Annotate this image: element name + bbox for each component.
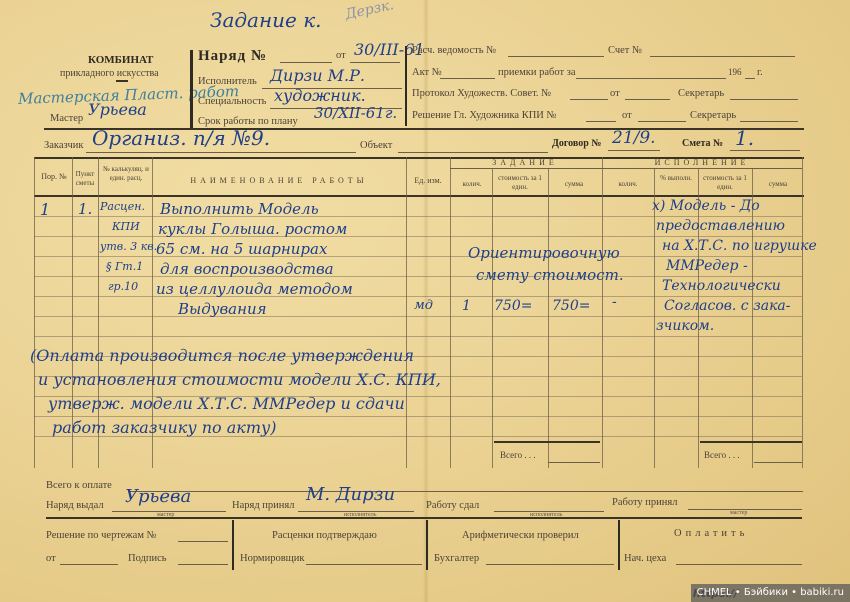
handwritten-line: куклы Голыша. ростом — [158, 220, 347, 238]
col-item: Пункт сметы — [74, 170, 96, 188]
decision-from: от — [622, 110, 632, 121]
handwritten-line: Выполнить Модель — [160, 200, 319, 218]
org-name: КОМБИНАТ — [88, 54, 153, 66]
handwritten-line: предоставлению — [656, 218, 785, 234]
pay-label: Оплатить — [674, 528, 748, 539]
accepted-value: М. Дирзи — [306, 484, 395, 505]
col-exec-qty: колич. — [602, 180, 654, 189]
drawings-sign-label: Подпись — [128, 553, 167, 564]
row-task-sum: 750= — [552, 298, 590, 314]
drawings-label: Решение по чертежам № — [46, 530, 157, 541]
order-document: Задание к. Дерзк. КОМБИНАТ прикладного и… — [0, 0, 850, 602]
master-value: Урьева — [88, 100, 147, 119]
row-item: 1. — [78, 200, 92, 218]
handwritten-line: ММРедер - — [666, 258, 748, 274]
order-label: Наряд № — [198, 48, 267, 65]
col-calc: № калькуляц. и един. расц. — [100, 165, 152, 183]
protocol-label: Протокол Художеств. Совет. № — [412, 88, 551, 99]
contract-value: 21/9. — [612, 128, 656, 148]
estimate-label: Смета № — [682, 138, 723, 149]
col-exec-price: стоимость за 1 един. — [698, 174, 752, 192]
master-label: Мастер — [50, 113, 83, 124]
handwritten-line: Ориентировочную — [468, 244, 620, 262]
handwritten-line: смету стоимост. — [476, 266, 624, 284]
col-task-qty: колич. — [452, 180, 492, 189]
handwritten-line: Выдувания — [178, 300, 267, 318]
handed-label: Работу сдал — [426, 500, 479, 511]
top-note: Задание к. — [210, 8, 322, 32]
row-unit: мд — [414, 298, 433, 313]
handwritten-line: Технологически — [662, 278, 781, 294]
handwritten-line: утверж. модели Х.Т.С. ММРедер и сдачи — [48, 394, 405, 413]
watermark-credit: CHMEL • Бэйбики • babiki.ru — [691, 584, 850, 602]
col-unit: Ед. изм. — [408, 176, 448, 185]
row-num: 1 — [40, 200, 50, 219]
drawings-from: от — [46, 553, 56, 564]
accepted-label: Наряд принял — [232, 500, 294, 511]
normer-label: Нормировщик — [240, 553, 304, 564]
handwritten-line: x) Модель - До — [652, 198, 760, 214]
rates-label: Расценки подтверждаю — [272, 530, 377, 541]
decision-label: Решение Гл. Художника КПИ № — [412, 110, 557, 121]
customer-value: Организ. п/я №9. — [92, 126, 270, 150]
col-exec-sum: сумма — [754, 180, 802, 189]
invoice-label: Счет № — [608, 45, 642, 56]
top-note-faint: Дерзк. — [344, 0, 395, 23]
handwritten-line: 65 см. на 5 шарнирах — [156, 240, 327, 258]
executor-label: Исполнитель — [198, 76, 257, 87]
org-dash — [116, 80, 128, 82]
row-task-price: 750= — [494, 298, 532, 314]
col-task-sum: сумма — [548, 180, 600, 189]
received-label: Работу принял — [612, 497, 677, 508]
term-value: 30/XII-61г. — [314, 104, 397, 122]
order-from-label: от — [336, 50, 346, 61]
act-label: Акт № — [412, 67, 442, 78]
accountant-label: Бухгалтер — [434, 553, 479, 564]
handwritten-line: Согласов. с зака- — [664, 298, 791, 314]
issued-label: Наряд выдал — [46, 500, 104, 511]
executor-value: Дирзи М.Р. — [270, 66, 365, 85]
arith-label: Арифметически проверил — [462, 530, 579, 541]
year-suffix: г. — [757, 67, 763, 78]
handwritten-line: работ заказчику по акту) — [52, 418, 277, 437]
row-task-qty: 1 — [462, 298, 471, 314]
col-num: Пор. № — [36, 172, 72, 181]
handwritten-line: КПИ — [112, 220, 140, 233]
org-subtitle: прикладного искусства — [60, 68, 159, 79]
specialty-label: Специальность — [198, 96, 266, 107]
handwritten-line: гр.10 — [108, 280, 138, 293]
row-task-dash: - — [612, 294, 617, 310]
protocol-secretary-label: Секретарь — [678, 88, 724, 99]
specialty-value: художник. — [274, 86, 366, 105]
col-task-price: стоимость за 1 един. — [492, 174, 548, 192]
header-divider — [190, 50, 193, 128]
act-accept-label: приемки работ за — [498, 67, 576, 78]
handwritten-line: (Оплата производится после утверждения — [30, 346, 414, 365]
handwritten-line: и установления стоимости модели Х.С. КПИ… — [38, 370, 441, 389]
calc-sheet-label: Расч. ведомость № — [412, 45, 496, 56]
handwritten-line: для воспроизводства — [160, 260, 334, 278]
decision-secretary-label: Секретарь — [690, 110, 736, 121]
exec-total-label: Всего . . . — [704, 450, 740, 460]
handwritten-line: Расцен. — [100, 200, 145, 213]
shop-head-label: Нач. цеха — [624, 553, 666, 564]
handwritten-line: на Х.Т.С. по игрушке — [662, 238, 817, 254]
total-pay-label: Всего к оплате — [46, 480, 112, 491]
col-exec-pct: % выполн. — [656, 174, 696, 183]
year-label: 196 — [728, 67, 742, 77]
received-sub: мастер — [730, 510, 747, 516]
issued-value: Урьева — [125, 486, 191, 507]
task-total-label: Всего . . . — [500, 450, 536, 460]
col-name: НАИМЕНОВАНИЕ РАБОТЫ — [154, 176, 404, 185]
col-exec-group: ИСПОЛНЕНИЕ — [602, 158, 802, 167]
object-label: Объект — [360, 140, 392, 151]
protocol-from: от — [610, 88, 620, 99]
handwritten-line: зчиком. — [656, 318, 714, 334]
contract-label: Договор № — [552, 138, 601, 149]
handwritten-line: § Гт.1 — [106, 260, 143, 273]
customer-label: Заказчик — [44, 140, 83, 151]
estimate-value: 1. — [735, 126, 754, 150]
handwritten-line: утв. 3 кв. — [100, 240, 157, 253]
col-task-group: ЗАДАНИЕ — [450, 158, 600, 167]
handwritten-line: из целлулоида методом — [156, 280, 353, 298]
